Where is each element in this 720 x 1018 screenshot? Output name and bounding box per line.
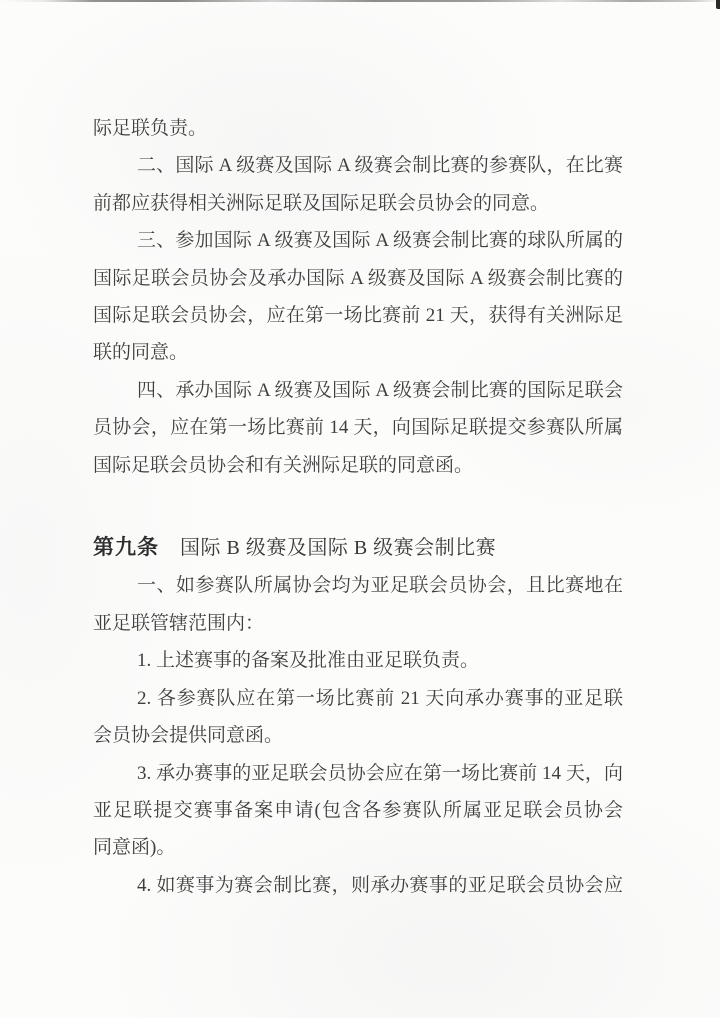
text-line: 三、参加国际 A 级赛及国际 A 级赛会制比赛的球队所属的 [93,222,623,259]
article-number: 第九条 [93,535,159,559]
text-line: 员协会，应在第一场比赛前 14 天，向国际足联提交参赛队所属 [93,409,623,446]
article-title: 国际 B 级赛及国际 B 级赛会制比赛 [180,537,496,559]
text-line: 国际足联会员协会，应在第一场比赛前 21 天，获得有关洲际足 [93,297,623,334]
text-line: 亚足联管辖范围内： [93,605,623,642]
text-line: 国际足联会员协会和有关洲际足联的同意函。 [93,447,623,484]
text-line: 2. 各参赛队应在第一场比赛前 21 天向承办赛事的亚足联 [93,680,623,717]
blank-line [93,484,623,529]
text-line: 四、承办国际 A 级赛及国际 A 级赛会制比赛的国际足联会 [93,372,623,409]
scanned-document-page: 际足联负责。二、国际 A 级赛及国际 A 级赛会制比赛的参赛队，在比赛前都应获得… [0,0,720,1018]
text-line: 前都应获得相关洲际足联及国际足联会员协会的同意。 [93,185,623,222]
text-line: 国际足联会员协会及承办国际 A 级赛及国际 A 级赛会制比赛的 [93,260,623,297]
text-line: 同意函)。 [93,829,623,866]
text-line: 际足联负责。 [93,110,623,147]
text-line: 联的同意。 [93,334,623,371]
scan-corner-mark [716,0,720,9]
text-line: 一、如参赛队所属协会均为亚足联会员协会，且比赛地在 [93,567,623,604]
article-heading: 第九条国际 B 级赛及国际 B 级赛会制比赛 [93,529,623,567]
text-line: 会员协会提供同意函。 [93,717,623,754]
text-line: 亚足联提交赛事备案申请(包含各参赛队所属亚足联会员协会 [93,792,623,829]
document-body: 际足联负责。二、国际 A 级赛及国际 A 级赛会制比赛的参赛队，在比赛前都应获得… [93,110,623,904]
text-line: 3. 承办赛事的亚足联会员协会应在第一场比赛前 14 天，向 [93,755,623,792]
text-line: 4. 如赛事为赛会制比赛，则承办赛事的亚足联会员协会应 [93,867,623,904]
scan-edge-artifact-top [0,0,720,2]
text-line: 1. 上述赛事的备案及批准由亚足联负责。 [93,642,623,679]
text-line: 二、国际 A 级赛及国际 A 级赛会制比赛的参赛队，在比赛 [93,147,623,184]
